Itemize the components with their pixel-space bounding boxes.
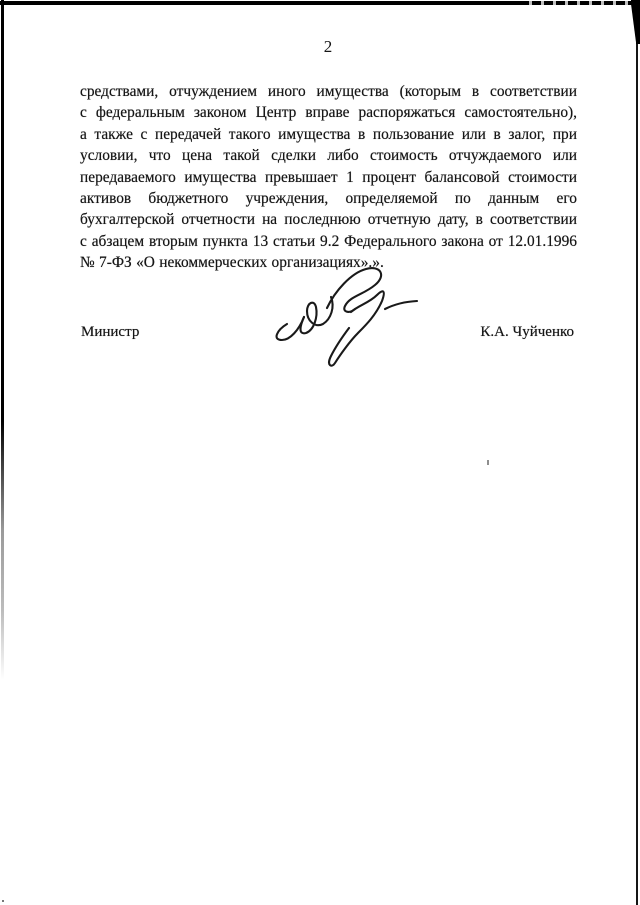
scan-speck	[487, 460, 489, 465]
paragraph-line: с федеральным законом Центр вправе распо…	[80, 102, 577, 123]
signer-name: К.А. Чуйченко	[80, 324, 574, 341]
scan-border-right	[636, 0, 639, 905]
scan-border-top-dashes	[520, 1, 640, 5]
paragraph-line: передаваемого имущества превышает 1 проц…	[80, 167, 577, 188]
paragraph-line: средствами, отчуждением иного имущества …	[80, 81, 577, 102]
paragraph-line: активов бюджетного учреждения, определяе…	[80, 188, 577, 209]
paragraph-line: с абзацем вторым пункта 13 статьи 9.2 Фе…	[80, 231, 577, 252]
page-number: 2	[80, 37, 577, 57]
body-paragraph: средствами, отчуждением иного имущества …	[80, 81, 577, 274]
paragraph-line: а также с передачей такого имущества в п…	[80, 124, 577, 145]
scan-speck-bottom	[2, 900, 4, 902]
scan-border-right-wedge	[631, 0, 640, 44]
signature-icon	[271, 267, 421, 371]
scan-border-left	[1, 0, 4, 680]
paragraph-line: бухгалтерской отчетности на последнюю от…	[80, 209, 577, 230]
paragraph-line: условии, что цена такой сделки либо стои…	[80, 145, 577, 166]
scanned-document-page: 2 средствами, отчуждением иного имуществ…	[0, 0, 640, 905]
